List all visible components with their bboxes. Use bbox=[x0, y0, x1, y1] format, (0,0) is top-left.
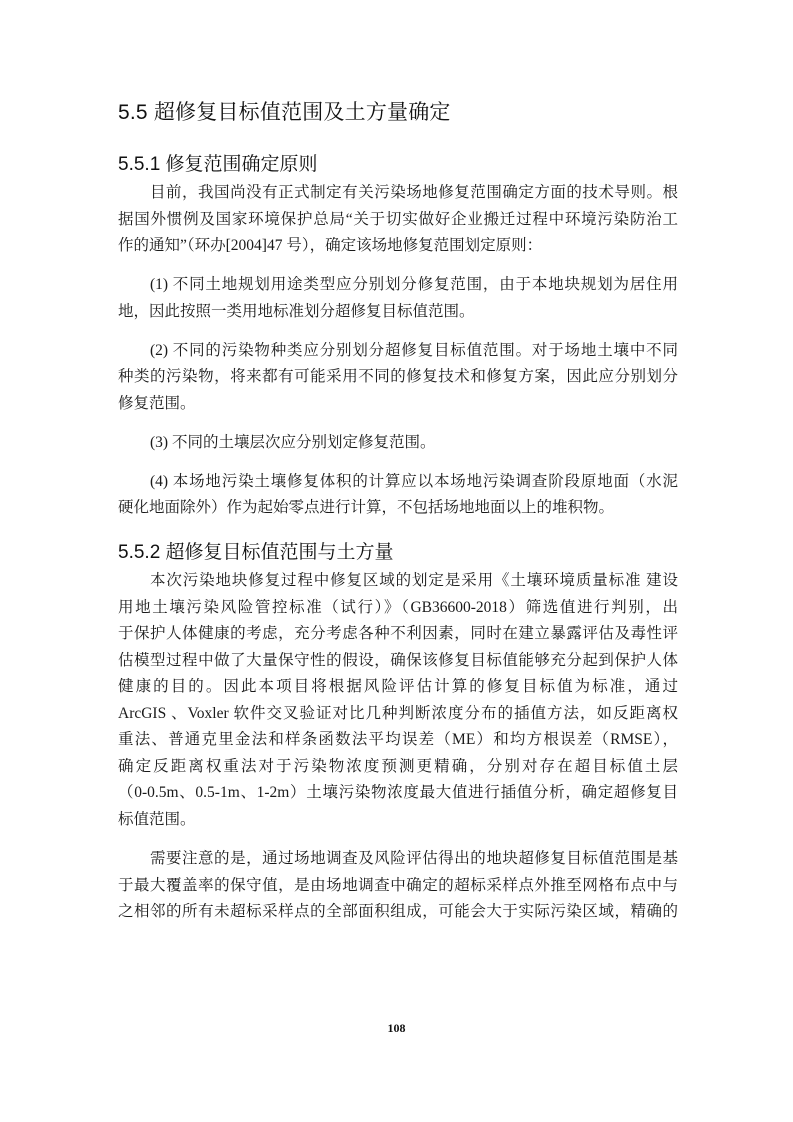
paragraph-line: 于保护人体健康的考虑，充分考虑各种不利因素，同时在建立暴露评估及毒性评 bbox=[118, 624, 678, 644]
principle-2-line: (2) 不同的污染物种类应分别划分超修复目标值范围。对于场地土壤中不同 bbox=[150, 341, 678, 361]
subsection-heading-5-5-1: 5.5.1 修复范围确定原则 bbox=[118, 149, 318, 176]
paragraph-line: 重法、普通克里金法和样条函数法平均误差（ME）和均方根误差（RMSE）， bbox=[118, 730, 678, 750]
principle-2-line: 种类的污染物，将来都有可能采用不同的修复技术和修复方案，因此应分别划分 bbox=[118, 367, 678, 387]
paragraph-line: 于最大覆盖率的保守值，是由场地调查中确定的超标采样点外推至网格布点中与 bbox=[118, 876, 678, 896]
paragraph-line: 确定反距离权重法对于污染物浓度预测更精确，分别对存在超目标值土层 bbox=[118, 757, 678, 777]
paragraph-line: 据国外惯例及国家环境保护总局“关于切实做好企业搬迁过程中环境污染防治工 bbox=[118, 210, 678, 230]
paragraph-line: 之相邻的所有未超标采样点的全部面积组成，可能会大于实际污染区域，精确的 bbox=[118, 902, 678, 922]
paragraph-line: 用地土壤污染风险管控标准（试行）》（GB36600-2018）筛选值进行判别，出 bbox=[118, 598, 678, 618]
section-heading: 5.5 超修复目标值范围及土方量确定 bbox=[118, 96, 451, 126]
paragraph-line: 需要注意的是，通过场地调查及风险评估得出的地块超修复目标值范围是基 bbox=[150, 849, 678, 869]
principle-4-line: 硬化地面除外）作为起始零点进行计算，不包括场地地面以上的堆积物。 bbox=[118, 498, 678, 518]
paragraph-line: 作的通知”（环办[2004]47 号），确定该场地修复范围划定原则： bbox=[118, 236, 678, 256]
paragraph-line: 健康的目的。因此本项目将根据风险评估计算的修复目标值为标准，通过 bbox=[118, 677, 678, 697]
principle-4-line: (4) 本场地污染土壤修复体积的计算应以本场地污染调查阶段原地面（水泥 bbox=[150, 472, 678, 492]
subsection-heading-5-5-2: 5.5.2 超修复目标值范围与土方量 bbox=[118, 537, 394, 564]
principle-2-line: 修复范围。 bbox=[118, 394, 678, 414]
paragraph-line: 本次污染地块修复过程中修复区域的划定是采用《土壤环境质量标准 建设 bbox=[150, 571, 678, 591]
paragraph-line: ArcGIS 、Voxler 软件交叉验证对比几种判断浓度分布的插值方法，如反距… bbox=[118, 704, 678, 724]
paragraph-line: 标值范围。 bbox=[118, 810, 678, 830]
principle-3-line: (3) 不同的土壤层次应分别划定修复范围。 bbox=[150, 433, 678, 453]
principle-1-line: (1) 不同土地规划用途类型应分别划分修复范围，由于本地块规划为居住用 bbox=[150, 275, 678, 295]
paragraph-line: 目前，我国尚没有正式制定有关污染场地修复范围确定方面的技术导则。根 bbox=[150, 183, 678, 203]
paragraph-line: 估模型过程中做了大量保守性的假设，确保该修复目标值能够充分起到保护人体 bbox=[118, 651, 678, 671]
paragraph-line: （0-0.5m、0.5-1m、1-2m）土壤污染物浓度最大值进行插值分析，确定超… bbox=[118, 783, 678, 803]
page-number: 108 bbox=[0, 1021, 793, 1036]
principle-1-line: 地，因此按照一类用地标准划分超修复目标值范围。 bbox=[118, 302, 678, 322]
document-page: 5.5 超修复目标值范围及土方量确定 5.5.1 修复范围确定原则 目前，我国尚… bbox=[0, 0, 793, 1122]
